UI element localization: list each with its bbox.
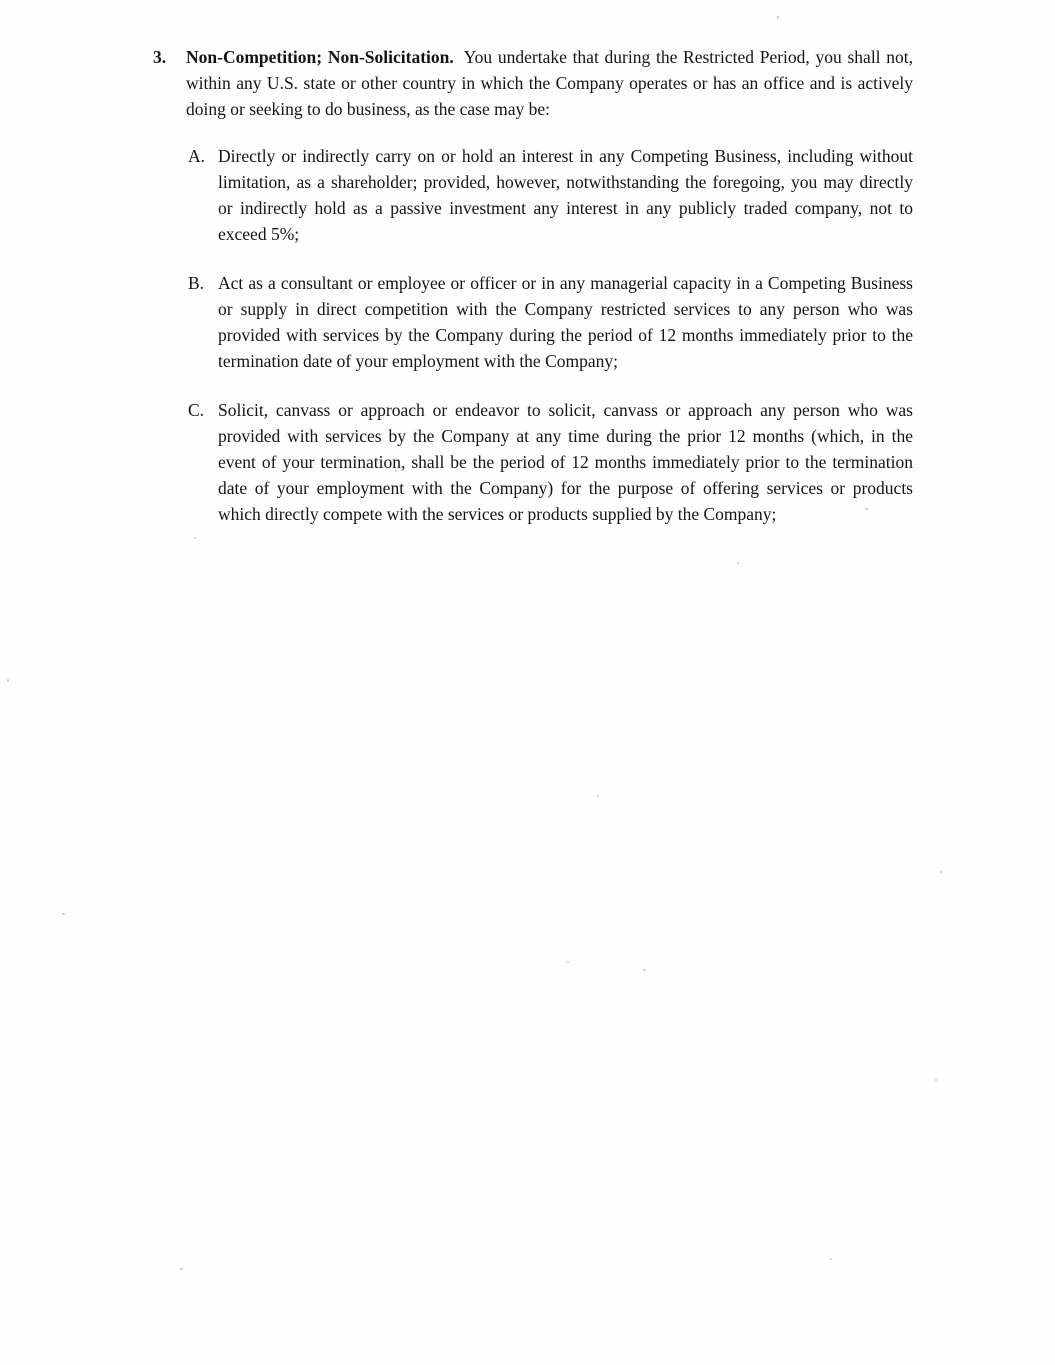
scan-speck xyxy=(395,470,397,472)
scan-speck xyxy=(940,871,942,873)
subitem-A-text: Directly or indirectly carry on or hold … xyxy=(218,143,913,247)
scan-speck xyxy=(777,16,779,19)
scan-speck xyxy=(597,795,599,797)
subitem-list: A. Directly or indirectly carry on or ho… xyxy=(188,143,913,527)
section-intro: Non-Competition; Non-Solicitation.You un… xyxy=(186,44,913,122)
subitem-A: A. Directly or indirectly carry on or ho… xyxy=(188,143,913,247)
subitem-B-text: Act as a consultant or employee or offic… xyxy=(218,270,913,374)
scan-speck xyxy=(62,913,65,915)
scan-speck xyxy=(567,961,569,963)
subitem-C: C. Solicit, canvass or approach or endea… xyxy=(188,397,913,527)
subitem-B-label: B. xyxy=(188,270,218,296)
scan-speck xyxy=(180,1268,183,1270)
scan-speck xyxy=(935,1079,937,1081)
scan-speck xyxy=(643,969,646,971)
document-page: 3. Non-Competition; Non-Solicitation.You… xyxy=(0,0,1055,1365)
scan-speck xyxy=(194,537,196,539)
scan-speck xyxy=(830,1258,832,1260)
section-3: 3. Non-Competition; Non-Solicitation.You… xyxy=(153,44,913,527)
subitem-B: B. Act as a consultant or employee or of… xyxy=(188,270,913,374)
section-heading: Non-Competition; Non-Solicitation. xyxy=(186,47,454,67)
scan-speck xyxy=(737,562,739,564)
subitem-C-label: C. xyxy=(188,397,218,423)
scan-speck xyxy=(865,508,868,510)
scan-speck xyxy=(7,679,9,682)
subitem-A-label: A. xyxy=(188,143,218,169)
section-3-paragraph: 3. Non-Competition; Non-Solicitation.You… xyxy=(153,44,913,122)
subitem-C-text: Solicit, canvass or approach or endeavor… xyxy=(218,397,913,527)
section-number: 3. xyxy=(153,44,186,70)
